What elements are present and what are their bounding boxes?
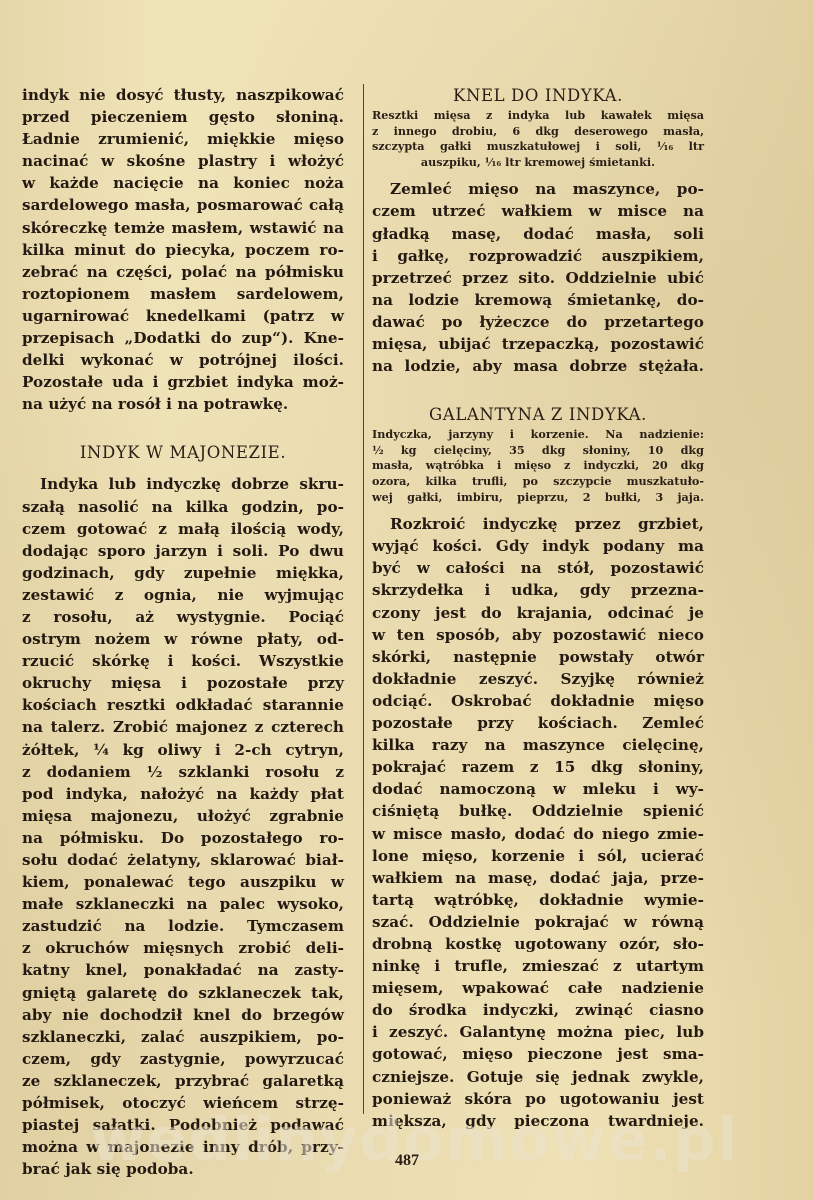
ingredients-line: Resztki mięsa z indyka lub kawałek mięsa — [372, 108, 704, 124]
text-line: Ładnie zrumienić, miękkie mięso — [22, 128, 344, 150]
text-line: przetrzeć przez sito. Oddzielnie ubić — [372, 267, 704, 289]
text-line: ugarnirować knedelkami (patrz w — [22, 305, 344, 327]
text-line: małe szklaneczki na palec wysoko, — [22, 893, 344, 915]
text-line: aby nie dochodził knel do brzegów — [22, 1004, 344, 1026]
text-line: i gałkę, rozprowadzić auszpikiem, — [372, 245, 704, 267]
ingredients-line: szczypta gałki muszkatułowej i soli, ¹⁄₁… — [372, 139, 704, 155]
text-line: Zemleć mięso na maszynce, po- — [372, 178, 704, 200]
text-line: pokrajać razem z 15 dkg słoniny, — [372, 756, 704, 778]
text-line: Indyka lub indyczkę dobrze skru- — [22, 473, 344, 495]
text-line: czem gotować z małą ilością wody, — [22, 518, 344, 540]
text-line: godzinach, gdy zupełnie miękka, — [22, 562, 344, 584]
text-line: roztopionem masłem sardelowem, — [22, 283, 344, 305]
text-line: ponieważ skóra po ugotowaniu jest — [372, 1088, 704, 1110]
ingredients-line: ½ kg cielęciny, 35 dkg słoniny, 10 dkg — [372, 443, 704, 459]
recipe-title: INDYK W MAJONEZIE. — [22, 441, 344, 465]
text-line: gniętą galaretę do szklaneczek tak, — [22, 982, 344, 1004]
text-line: lone mięso, korzenie i sól, ucierać — [372, 845, 704, 867]
recipe-title: KNEL DO INDYKA. — [372, 84, 704, 108]
text-line: mięsem, wpakować całe nadzienie — [372, 977, 704, 999]
text-line: szałą nasolić na kilka godzin, po- — [22, 496, 344, 518]
text-line: przed pieczeniem gęsto słoniną. — [22, 106, 344, 128]
ingredients-list: Indyczka, jarzyny i korzenie. Na nadzien… — [372, 427, 704, 505]
continued-recipe-text: indyk nie dosyć tłusty, naszpikować prze… — [22, 84, 344, 415]
text-line: mięsa majonezu, ułożyć zgrabnie — [22, 805, 344, 827]
text-line: w każde nacięcie na koniec noża — [22, 172, 344, 194]
text-line: dodając sporo jarzyn i soli. Po dwu — [22, 540, 344, 562]
text-line: pod indyka, nałożyć na każdy płat — [22, 783, 344, 805]
text-line: zastudzić na lodzie. Tymczasem — [22, 915, 344, 937]
text-line: kiem, ponalewać tego auszpiku w — [22, 871, 344, 893]
text-line: na lodzie kremową śmietankę, do- — [372, 289, 704, 311]
text-line: skóreczkę temże masłem, wstawić na — [22, 217, 344, 239]
text-line: delki wykonać w potrójnej ilości. — [22, 349, 344, 371]
text-line: być w całości na stół, pozostawić — [372, 557, 704, 579]
text-line: miększa, gdy pieczona twardnieje. — [372, 1110, 704, 1132]
text-line: kościach resztki odkładać starannie — [22, 694, 344, 716]
ingredients-line: masła, wątróbka i mięso z indyczki, 20 d… — [372, 458, 704, 474]
text-line: kilka razy na maszynce cielęcinę, — [372, 734, 704, 756]
text-line: Rozkroić indyczkę przez grzbiet, — [372, 513, 704, 535]
text-line: wałkiem na masę, dodać jaja, prze- — [372, 867, 704, 889]
column-divider — [363, 84, 364, 1114]
text-line: ciśniętą bułkę. Oddzielnie spienić — [372, 800, 704, 822]
recipe-title: GALANTYNA Z INDYKA. — [372, 403, 704, 427]
book-page: indyk nie dosyć tłusty, naszpikować prze… — [0, 0, 814, 1200]
text-line: kilka minut do piecyka, poczem ro- — [22, 239, 344, 261]
text-line: zebrać na części, polać na półmisku — [22, 261, 344, 283]
text-line: sołu dodać żelatyny, sklarować biał- — [22, 849, 344, 871]
text-line: drobną kostkę ugotowany ozór, sło- — [372, 933, 704, 955]
text-line: indyk nie dosyć tłusty, naszpikować — [22, 84, 344, 106]
text-line: nacinać w skośne plastry i włożyć — [22, 150, 344, 172]
text-line: w ten sposób, aby pozostawić nieco — [372, 624, 704, 646]
text-line: dawać po łyżeczce do przetartego — [372, 311, 704, 333]
recipe-knel-do-indyka: KNEL DO INDYKA. Resztki mięsa z indyka l… — [372, 84, 704, 377]
text-line: pozostałe przy kościach. Zemleć — [372, 712, 704, 734]
text-line: sardelowego masła, posmarować całą — [22, 194, 344, 216]
text-line: żółtek, ¼ kg oliwy i 2-ch cytryn, — [22, 739, 344, 761]
text-line: gładką masę, dodać masła, soli — [372, 223, 704, 245]
text-line: w misce masło, dodać do niego zmie- — [372, 823, 704, 845]
text-line: z rosołu, aż wystygnie. Pociąć — [22, 606, 344, 628]
text-line: na lodzie, aby masa dobrze stężała. — [372, 355, 704, 377]
text-line: na półmisku. Do pozostałego ro- — [22, 827, 344, 849]
text-line: okruchy mięsa i pozostałe przy — [22, 672, 344, 694]
text-line: zestawić z ognia, nie wyjmując — [22, 584, 344, 606]
text-line: tartą wątróbkę, dokładnie wymie- — [372, 889, 704, 911]
text-line: skórki, następnie powstały otwór — [372, 646, 704, 668]
right-column: KNEL DO INDYKA. Resztki mięsa z indyka l… — [372, 84, 704, 1132]
ingredients-line: Indyczka, jarzyny i korzenie. Na nadzien… — [372, 427, 704, 443]
text-line: ostrym nożem w równe płaty, od- — [22, 628, 344, 650]
text-line: gotować, mięso pieczone jest sma- — [372, 1043, 704, 1065]
text-line: piastej sałatki. Podobnież podawać — [22, 1114, 344, 1136]
text-line: czony jest do krajania, odcinać je — [372, 602, 704, 624]
text-line: czniejsze. Gotuje się jednak zwykle, — [372, 1066, 704, 1088]
text-line: rzucić skórkę i kości. Wszystkie — [22, 650, 344, 672]
text-line: ze szklaneczek, przybrać galaretką — [22, 1070, 344, 1092]
text-line: odciąć. Oskrobać dokładnie mięso — [372, 690, 704, 712]
recipe-galantyna-z-indyka: GALANTYNA Z INDYKA. Indyczka, jarzyny i … — [372, 403, 704, 1132]
text-line: przepisach „Dodatki do zup“). Kne- — [22, 327, 344, 349]
text-line: wyjąć kości. Gdy indyk podany ma — [372, 535, 704, 557]
text-line: mięsa, ubijać trzepaczką, pozostawić — [372, 333, 704, 355]
text-line: skrzydełka i udka, gdy przezna- — [372, 579, 704, 601]
text-line: z dodaniem ½ szklanki rosołu z — [22, 761, 344, 783]
recipe-indyk-w-majonezie: INDYK W MAJONEZIE. Indyka lub indyczkę d… — [22, 441, 344, 1180]
text-line: szać. Oddzielnie pokrajać w równą — [372, 911, 704, 933]
text-line: szklaneczki, zalać auszpikiem, po- — [22, 1026, 344, 1048]
text-line: na użyć na rosół i na potrawkę. — [22, 393, 344, 415]
text-line: na talerz. Zrobić majonez z czterech — [22, 716, 344, 738]
text-line: ninkę i trufle, zmieszać z utartym — [372, 955, 704, 977]
text-line: czem, gdy zastygnie, powyrzucać — [22, 1048, 344, 1070]
text-line: z okruchów mięsnych zrobić deli- — [22, 937, 344, 959]
page-number: 487 — [0, 1152, 814, 1170]
text-line: czem utrzeć wałkiem w misce na — [372, 200, 704, 222]
text-line: Pozostałe uda i grzbiet indyka moż- — [22, 371, 344, 393]
text-line: i zeszyć. Galantynę można piec, lub — [372, 1021, 704, 1043]
text-line: do środka indyczki, zwinąć ciasno — [372, 999, 704, 1021]
ingredients-line: wej gałki, imbiru, pieprzu, 2 bułki, 3 j… — [372, 490, 704, 506]
text-line: dokładnie zeszyć. Szyjkę również — [372, 668, 704, 690]
text-line: półmisek, otoczyć wieńcem strzę- — [22, 1092, 344, 1114]
text-line: katny knel, ponakładać na zasty- — [22, 959, 344, 981]
ingredients-line: z innego drobiu, 6 dkg deserowego masła, — [372, 124, 704, 140]
text-line: dodać namoczoną w mleku i wy- — [372, 778, 704, 800]
ingredients-line: auszpiku, ¹⁄₁₆ ltr kremowej śmietanki. — [372, 155, 704, 171]
ingredients-list: Resztki mięsa z indyka lub kawałek mięsa… — [372, 108, 704, 170]
left-column: indyk nie dosyć tłusty, naszpikować prze… — [22, 84, 344, 1180]
ingredients-line: ozora, kilka trufli, po szczypcie muszka… — [372, 474, 704, 490]
